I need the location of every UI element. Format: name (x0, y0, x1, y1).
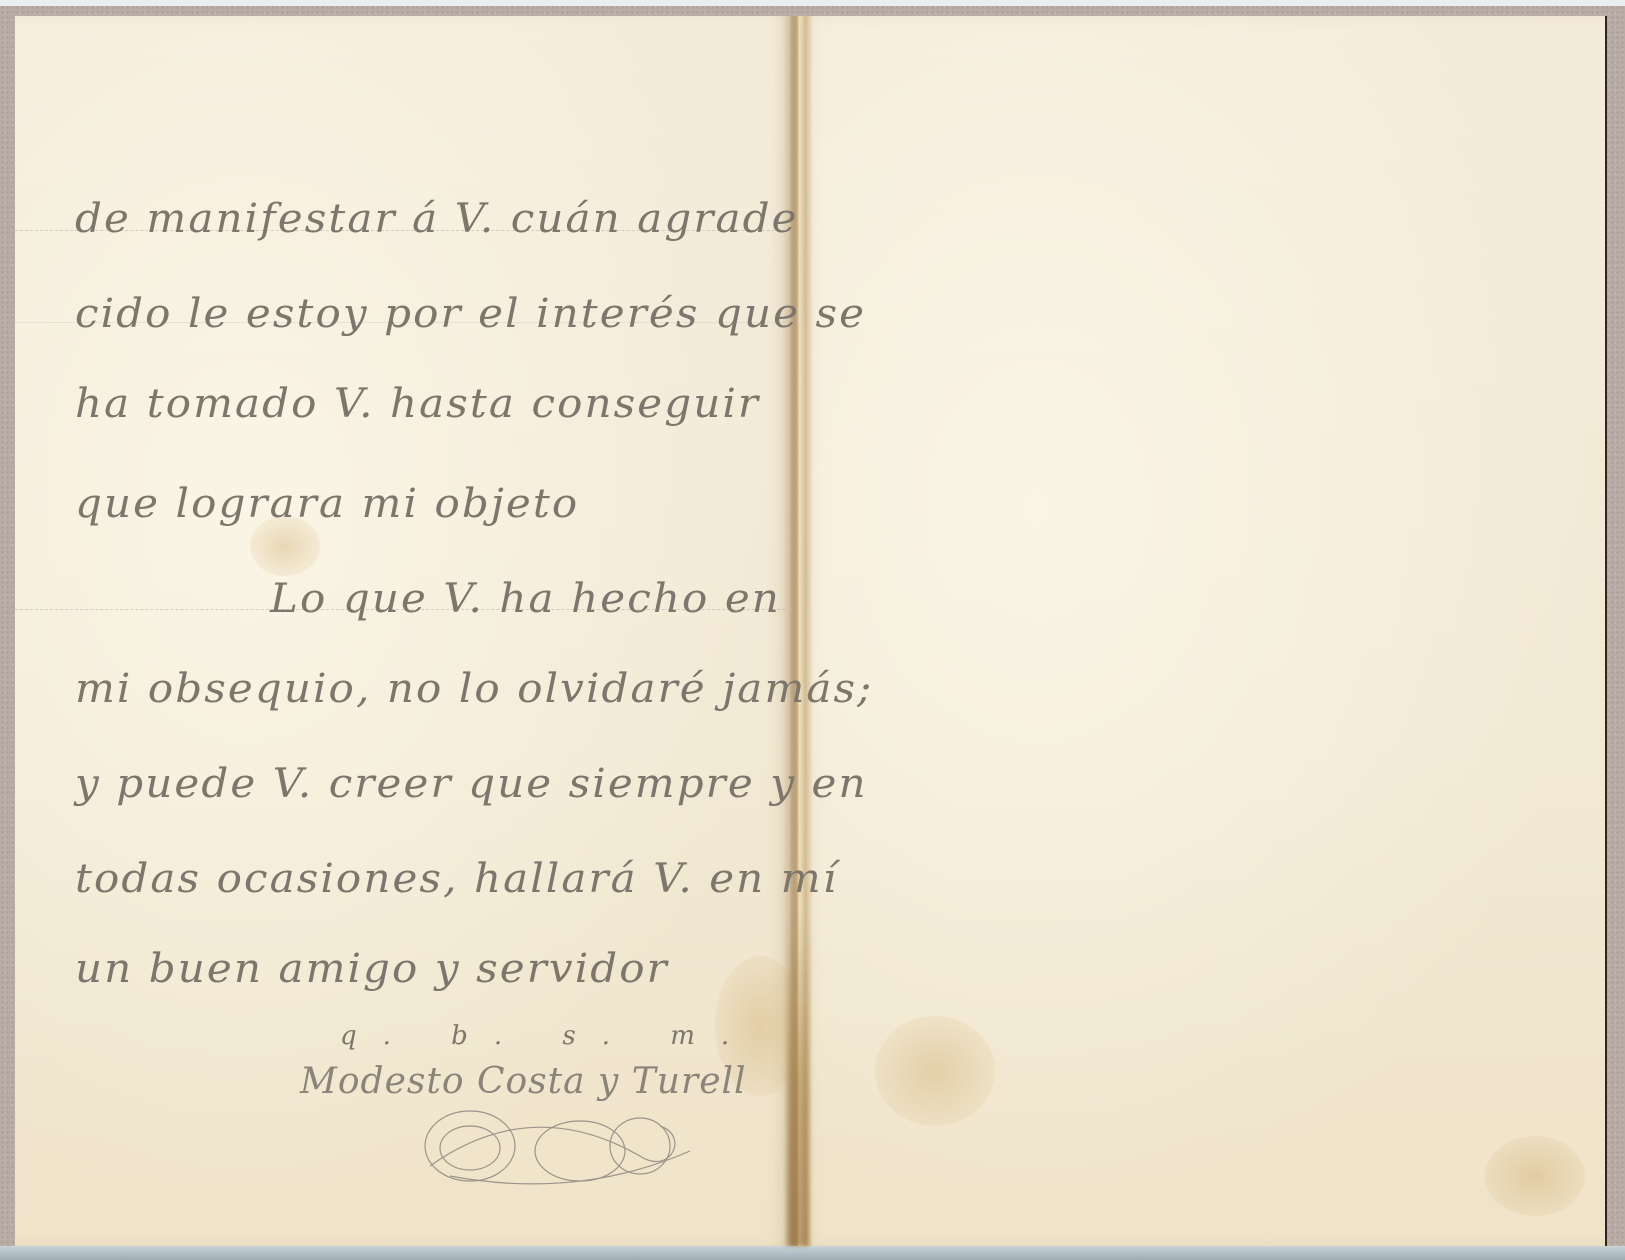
letter-line: cido le estoy por el interés que se (75, 291, 866, 337)
scanner-top-edge (0, 0, 1625, 6)
paper-stain (875, 1016, 995, 1126)
letter-spread: de manifestar á V. cuán agrade cido le e… (15, 16, 1605, 1246)
letter-line: y puede V. creer que siempre y en (75, 761, 868, 807)
right-page (795, 16, 1607, 1246)
paper-stain (1485, 1136, 1585, 1216)
closing-abbreviation: q. b. s. m. (340, 1021, 755, 1051)
letter-line: mi obsequio, no lo olvidaré jamás; (75, 666, 873, 712)
letter-line: que lograra mi objeto (75, 481, 579, 527)
letter-line: de manifestar á V. cuán agrade (75, 196, 799, 242)
signature-flourish (410, 1096, 710, 1196)
letter-line: todas ocasiones, hallará V. en mí (75, 856, 838, 902)
scanner-bottom-edge (0, 1246, 1625, 1260)
letter-line: Lo que V. ha hecho en (270, 576, 781, 622)
letter-line: ha tomado V. hasta conseguir (75, 381, 760, 427)
fold-stain (787, 916, 809, 1246)
letter-line: un buen amigo y servidor (75, 946, 669, 992)
